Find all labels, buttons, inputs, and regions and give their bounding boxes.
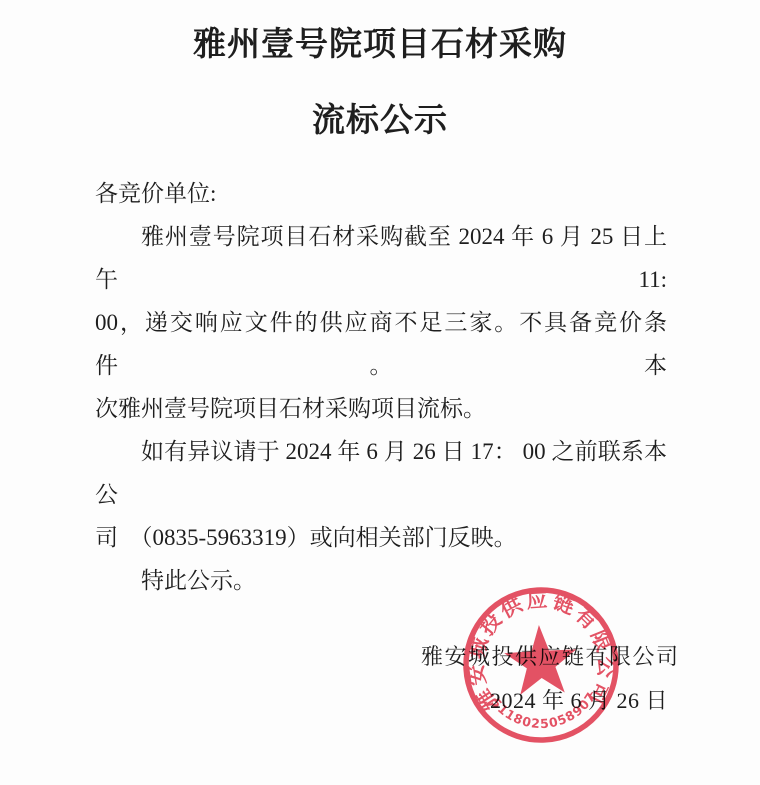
body-line: 次雅州壹号院项目石材采购项目流标。 [95, 387, 667, 430]
star-icon [503, 623, 579, 695]
body-line: 00，递交响应文件的供应商不足三家。不具备竞价条件。本 [95, 301, 667, 387]
document-body: 各竞价单位: 雅州壹号院项目石材采购截至 2024 年 6 月 25 日上午 1… [95, 172, 667, 602]
official-seal: 雅安城投供应链有限公司 5118025058907 [425, 549, 656, 780]
document-title: 雅州壹号院项目石材采购 [0, 18, 760, 65]
body-line: 如有异议请于 2024 年 6 月 26 日 17： 00 之前联系本公 [95, 430, 667, 516]
announcement-document: 雅州壹号院项目石材采购 流标公示 各竞价单位: 雅州壹号院项目石材采购截至 20… [0, 0, 760, 785]
body-line: 雅州壹号院项目石材采购截至 2024 年 6 月 25 日上午 11: [95, 215, 667, 301]
document-subtitle: 流标公示 [0, 94, 760, 141]
salutation-line: 各竞价单位: [95, 172, 667, 215]
